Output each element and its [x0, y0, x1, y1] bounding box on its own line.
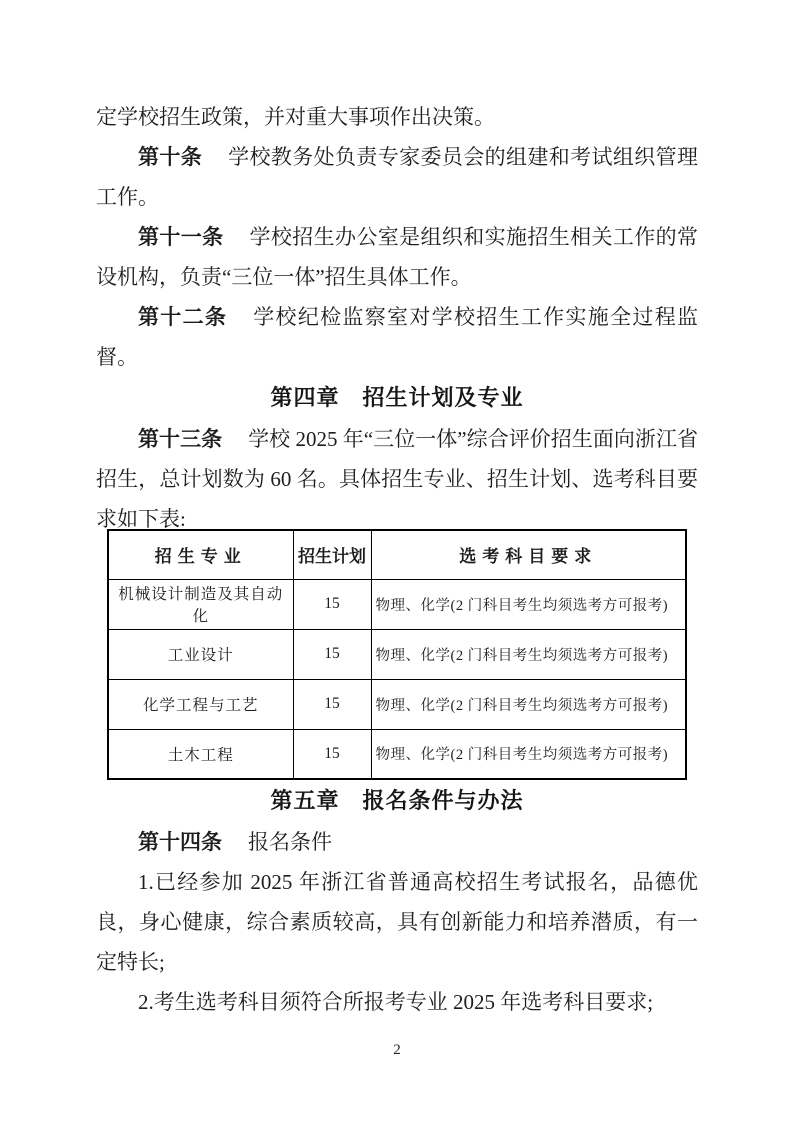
article-10-label: 第十条 [138, 145, 202, 169]
paragraph-article-11: 第十一条学校招生办公室是组织和实施招生相关工作的常设机构，负责“三位一体”招生具… [96, 217, 698, 297]
chapter-5-heading: 第五章 报名条件与办法 [96, 780, 698, 822]
paragraph-article-10: 第十条学校教务处负责专家委员会的组建和考试组织管理工作。 [96, 137, 698, 217]
article-14-text: 报名条件 [248, 830, 332, 854]
table-row: 工业设计 15 物理、化学(2 门科目考生均须选考方可报考) [108, 629, 686, 679]
article-13-label: 第十三条 [138, 427, 222, 451]
chapter-4-heading: 第四章 招生计划及专业 [96, 377, 698, 419]
paragraph-article-14: 第十四条报名条件 [96, 822, 698, 862]
paragraph-article-12: 第十二条学校纪检监察室对学校招生工作实施全过程监督。 [96, 297, 698, 377]
article-14-label: 第十四条 [138, 830, 222, 854]
paragraph-item-2: 2.考生选考科目须符合所报考专业 2025 年选考科目要求; [96, 982, 698, 1022]
cell-plan: 15 [293, 579, 371, 629]
cell-major: 工业设计 [108, 629, 293, 679]
article-12-label: 第十二条 [138, 305, 227, 329]
document-page: 定学校招生政策，并对重大事项作出决策。 第十条学校教务处负责专家委员会的组建和考… [0, 0, 794, 1123]
article-11-label: 第十一条 [138, 225, 224, 249]
table-row: 土木工程 15 物理、化学(2 门科目考生均须选考方可报考) [108, 729, 686, 779]
paragraph-continuation: 定学校招生政策，并对重大事项作出决策。 [96, 97, 698, 137]
cell-requirement: 物理、化学(2 门科目考生均须选考方可报考) [371, 679, 686, 729]
cell-plan: 15 [293, 629, 371, 679]
document-content: 定学校招生政策，并对重大事项作出决策。 第十条学校教务处负责专家委员会的组建和考… [96, 97, 698, 1022]
cell-plan: 15 [293, 679, 371, 729]
cell-requirement: 物理、化学(2 门科目考生均须选考方可报考) [371, 579, 686, 629]
cell-major: 机械设计制造及其自动化 [108, 579, 293, 629]
admission-plan-table: 招生专业 招生计划 选考科目要求 机械设计制造及其自动化 15 物理、化学(2 … [107, 529, 687, 780]
table-header-row: 招生专业 招生计划 选考科目要求 [108, 530, 686, 579]
table-row: 机械设计制造及其自动化 15 物理、化学(2 门科目考生均须选考方可报考) [108, 579, 686, 629]
header-requirement: 选考科目要求 [371, 530, 686, 579]
cell-plan: 15 [293, 729, 371, 779]
page-number: 2 [0, 1042, 794, 1059]
cell-major: 土木工程 [108, 729, 293, 779]
header-plan: 招生计划 [293, 530, 371, 579]
cell-requirement: 物理、化学(2 门科目考生均须选考方可报考) [371, 729, 686, 779]
cell-major: 化学工程与工艺 [108, 679, 293, 729]
paragraph-item-1: 1.已经参加 2025 年浙江省普通高校招生考试报名，品德优良，身心健康，综合素… [96, 862, 698, 982]
cell-requirement: 物理、化学(2 门科目考生均须选考方可报考) [371, 629, 686, 679]
table-row: 化学工程与工艺 15 物理、化学(2 门科目考生均须选考方可报考) [108, 679, 686, 729]
paragraph-article-13: 第十三条学校 2025 年“三位一体”综合评价招生面向浙江省招生，总计划数为 6… [96, 419, 698, 539]
